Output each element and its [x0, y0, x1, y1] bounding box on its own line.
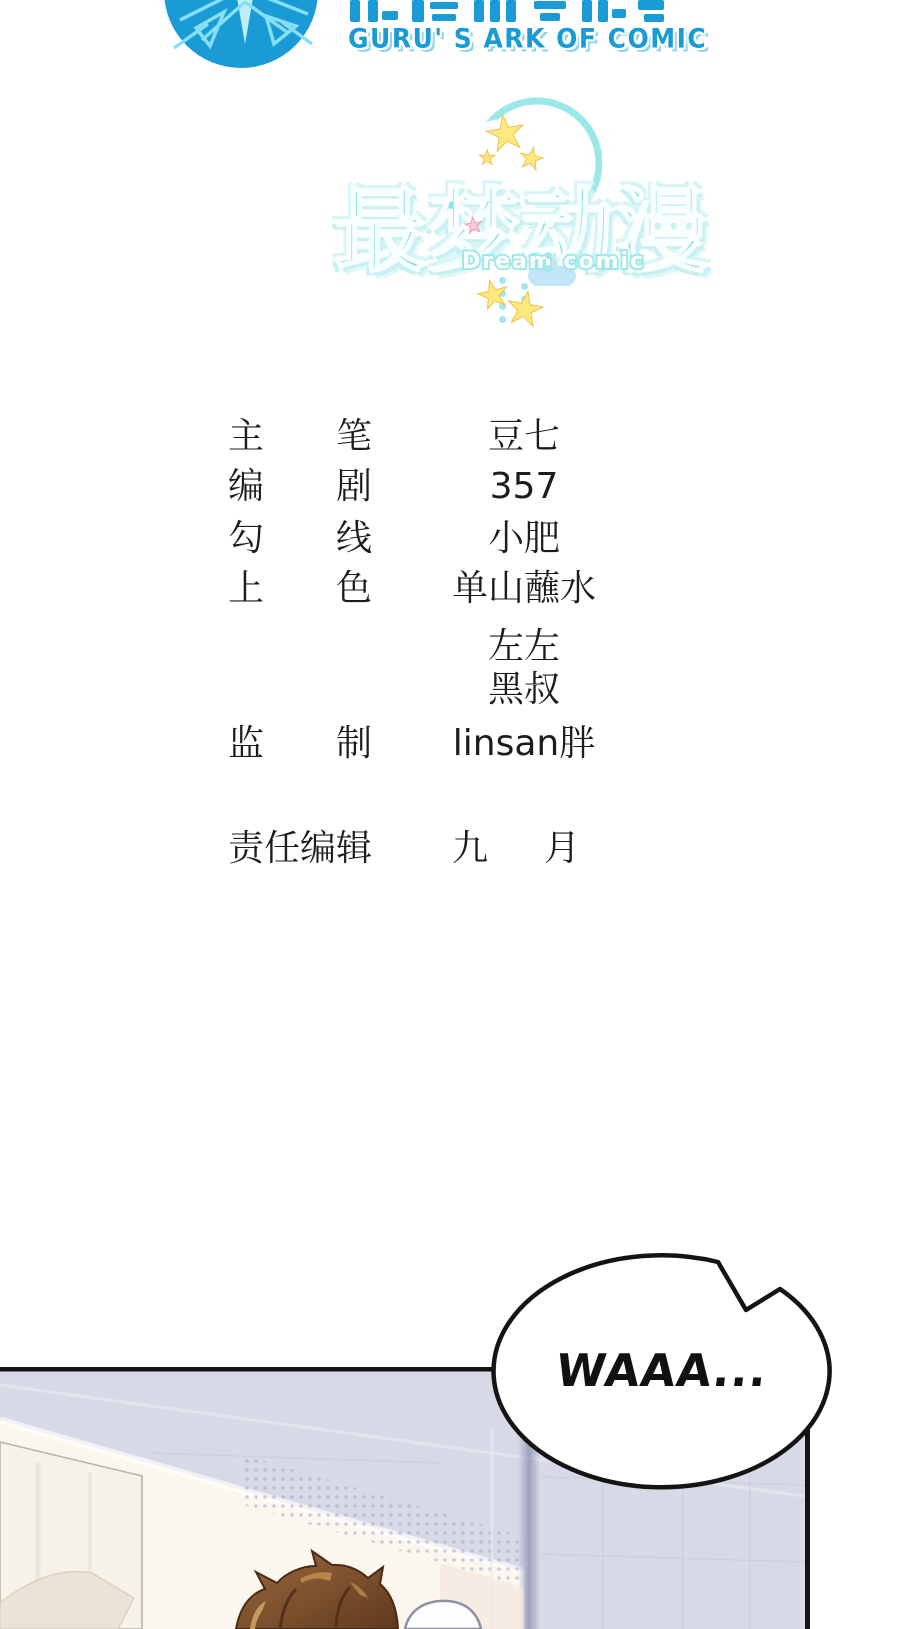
comic-page: GURU' S ARK OF COMIC 最梦动漫 ★ ★ ★ ★ ★ ★ Dr… — [0, 0, 900, 1629]
credit-name: 单山蘸水 — [448, 569, 600, 609]
credit-name: 豆七 — [448, 417, 600, 457]
credit-name: linsan胖 — [448, 724, 600, 764]
credit-role: 主笔 — [228, 417, 372, 457]
brand-circle-icon — [150, 0, 360, 74]
credit-role: 监制 — [228, 724, 372, 764]
credit-role: 编剧 — [228, 467, 372, 507]
credit-name: 黑叔 — [448, 670, 600, 710]
credit-name: 左左 — [448, 627, 600, 667]
star-icon: ★ — [503, 285, 547, 333]
credit-name: 357 — [448, 467, 600, 507]
dream-logo-subtitle: Dream comic — [462, 249, 645, 274]
credit-role: 责任编辑 — [228, 829, 372, 869]
star-icon: ★ — [480, 150, 494, 166]
credit-role: 勾线 — [228, 519, 372, 559]
star-icon: ★ — [465, 217, 482, 236]
credit-name: 小肥 — [448, 519, 600, 559]
credit-role: 上色 — [228, 569, 372, 609]
brand-cjk-glyphs-icon — [348, 0, 666, 24]
brand-subtitle: GURU' S ARK OF COMIC — [348, 23, 707, 53]
credit-name: 九月 — [452, 829, 580, 869]
speech-text: WAAA... — [477, 1344, 848, 1397]
